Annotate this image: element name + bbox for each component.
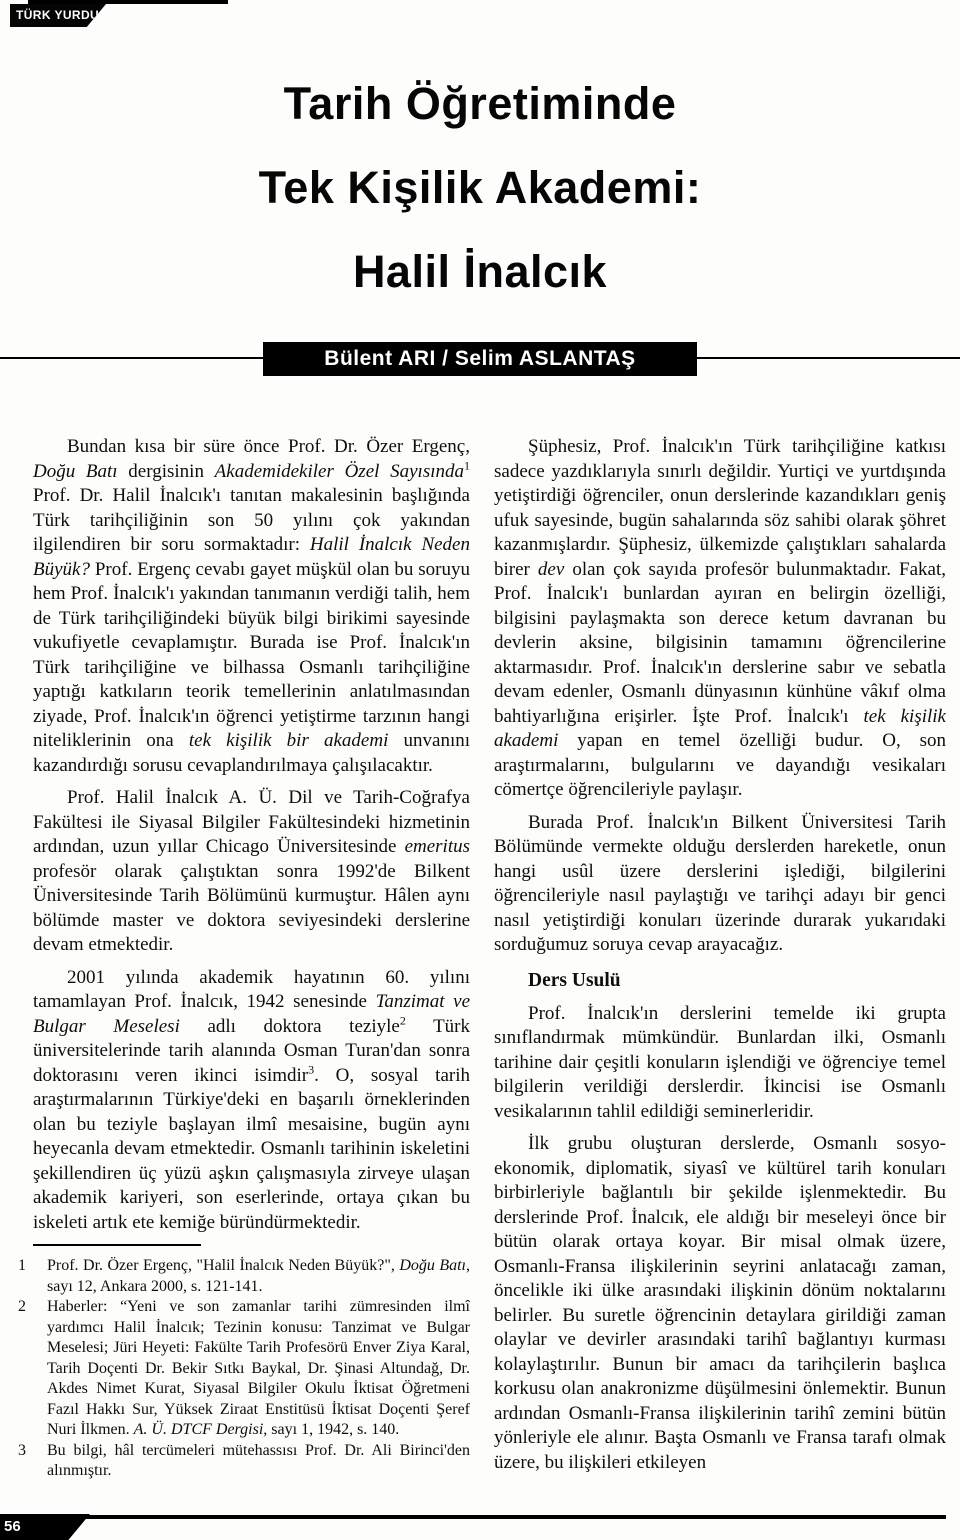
text-run: Bundan kısa bir süre önce Prof. Dr. Özer… <box>67 436 470 457</box>
text-run: emeritus <box>405 836 470 857</box>
page-title: Tarih Öğretiminde Tek Kişilik Akademi: H… <box>0 62 960 314</box>
scanned-journal-page: TÜRK YURDU Tarih Öğretiminde Tek Kişilik… <box>0 0 960 1540</box>
paragraph: İlk grubu oluşturan derslerde, Osmanlı s… <box>494 1132 946 1475</box>
footer-rule <box>74 1515 946 1519</box>
text-run: Akademidekiler Özel Sayısında <box>215 461 464 482</box>
text-run: Prof. İnalcık'ın derslerini temelde iki … <box>494 1003 946 1122</box>
footnote-marker: 1 <box>464 458 470 472</box>
right-column: Şüphesiz, Prof. İnalcık'ın Türk tarihçil… <box>494 435 946 1483</box>
footnote: 2Haberler: “Yeni ve son zamanlar tarihi … <box>33 1297 470 1441</box>
footnote-number: 1 <box>18 1256 26 1277</box>
paragraph: Prof. İnalcık'ın derslerini temelde iki … <box>494 1002 946 1125</box>
text-run: Haberler: “Yeni ve son zamanlar tarihi z… <box>47 1298 470 1438</box>
text-run: Prof. Ergenç cevabı gayet müşkül olan bu… <box>33 559 470 752</box>
paragraph: 2001 yılında akademik hayatının 60. yılı… <box>33 966 470 1236</box>
title-line-2: Tek Kişilik Akademi: <box>0 146 960 230</box>
paragraph: Burada Prof. İnalcık'ın Bilkent Üniversi… <box>494 811 946 958</box>
text-run: profesör olarak çalıştıktan sonra 1992'd… <box>33 861 470 956</box>
text-run: Doğu Batı <box>399 1257 466 1274</box>
page-number: 56 <box>4 1518 21 1535</box>
text-run: Prof. Dr. Özer Ergenç, "Halil İnalcık Ne… <box>47 1257 399 1274</box>
scan-tear-artifact <box>28 0 228 4</box>
footnote-rule <box>33 1244 201 1246</box>
text-run: dergisinin <box>118 461 215 482</box>
title-line-3: Halil İnalcık <box>0 230 960 314</box>
text-run: Bu bilgi, hâl tercümeleri mütehassısı Pr… <box>47 1442 470 1480</box>
text-run: . O, sosyal tarih araştırmalarının Türki… <box>33 1065 470 1233</box>
journal-logo-text: TÜRK YURDU <box>16 8 99 22</box>
footnote: 1Prof. Dr. Özer Ergenç, "Halil İnalcık N… <box>33 1256 470 1297</box>
authors-names: Bülent ARI / Selim ASLANTAŞ <box>324 347 635 370</box>
paragraph: Bundan kısa bir süre önce Prof. Dr. Özer… <box>33 435 470 778</box>
text-run: , sayı 1, 1942, s. 140. <box>263 1421 399 1438</box>
footnotes: 1Prof. Dr. Özer Ergenç, "Halil İnalcık N… <box>33 1256 470 1482</box>
text-run: tek kişilik bir akademi <box>189 730 389 751</box>
journal-logo: TÜRK YURDU <box>10 4 106 27</box>
footnote: 3Bu bilgi, hâl tercümeleri mütehassısı P… <box>33 1441 470 1482</box>
title-line-1: Tarih Öğretiminde <box>0 62 960 146</box>
authors-banner: Bülent ARI / Selim ASLANTAŞ <box>263 342 697 376</box>
text-run: yapan en temel özelliği budur. O, son ar… <box>494 730 946 800</box>
text-run: Doğu Batı <box>33 461 118 482</box>
text-run: İlk grubu oluşturan derslerde, Osmanlı s… <box>494 1133 946 1473</box>
text-run: Burada Prof. İnalcık'ın Bilkent Üniversi… <box>494 812 946 956</box>
text-run: adlı doktora teziyle <box>180 1016 400 1037</box>
footnote-number: 3 <box>18 1441 26 1462</box>
paragraph: Şüphesiz, Prof. İnalcık'ın Türk tarihçil… <box>494 435 946 803</box>
text-run: dev <box>538 559 564 580</box>
left-column: Bundan kısa bir süre önce Prof. Dr. Özer… <box>33 435 470 1482</box>
section-heading: Ders Usulü <box>494 969 946 993</box>
text-run: A. Ü. DTCF Dergisi <box>134 1421 264 1438</box>
right-column-text: Şüphesiz, Prof. İnalcık'ın Türk tarihçil… <box>494 435 946 1475</box>
page-number-badge: 56 <box>0 1514 90 1540</box>
left-column-text: Bundan kısa bir süre önce Prof. Dr. Özer… <box>33 435 470 1235</box>
footnote-number: 2 <box>18 1297 26 1318</box>
paragraph: Prof. Halil İnalcık A. Ü. Dil ve Tarih-C… <box>33 786 470 958</box>
text-run: olan çok sayıda profesör bulunmaktadır. … <box>494 559 946 727</box>
